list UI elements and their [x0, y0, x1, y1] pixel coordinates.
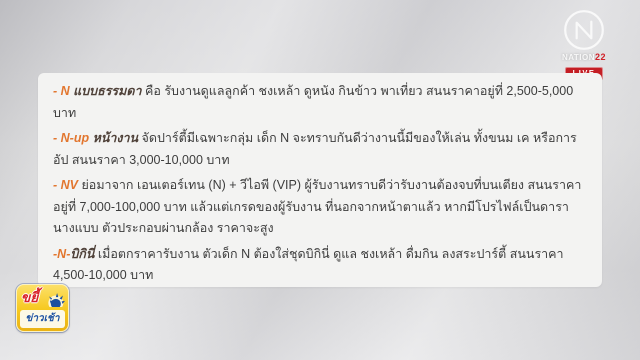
term-label: - N-up	[53, 131, 93, 145]
program-name-line2: ข่าวเช้า	[20, 310, 65, 328]
sun-icon	[45, 289, 65, 307]
channel-name: NATION22	[554, 53, 614, 62]
term-sublabel: หน้างาน	[93, 131, 142, 145]
list-item: - N แบบธรรมดา คือ รับงานดูแลลูกค้า ชงเหล…	[53, 81, 588, 124]
program-name-line1: ขยี้	[20, 291, 38, 305]
channel-watermark: NATION22 LIVE	[554, 8, 614, 80]
news-content-card: - N แบบธรรมดา คือ รับงานดูแลลูกค้า ชงเหล…	[38, 73, 602, 287]
item-description: เมื่อตกราคารับงาน ตัวเด็ก N ต้องใส่ชุดบิ…	[53, 247, 564, 283]
term-label: -N-	[53, 247, 70, 261]
list-item: -N-บิกินี่ เมื่อตกราคารับงาน ตัวเด็ก N ต…	[53, 244, 588, 287]
list-item: - NV ย่อมาจาก เอนเตอร์เทน (N) + วีไอพี (…	[53, 175, 588, 240]
term-label: - NV	[53, 178, 81, 192]
program-logo-badge: ขยี้ ข่าวเช้า	[16, 284, 69, 332]
channel-number: 22	[595, 52, 606, 62]
nation-logo-icon	[562, 8, 606, 52]
item-description: ย่อมาจาก เอนเตอร์เทน (N) + วีไอพี (VIP) …	[53, 178, 581, 235]
term-sublabel: แบบธรรมดา	[73, 84, 145, 98]
term-label: - N	[53, 84, 73, 98]
list-item: - N-up หน้างาน จัดปาร์ตี้มีเฉพาะกลุ่ม เด…	[53, 128, 588, 171]
term-sublabel: บิกินี่	[70, 247, 98, 261]
